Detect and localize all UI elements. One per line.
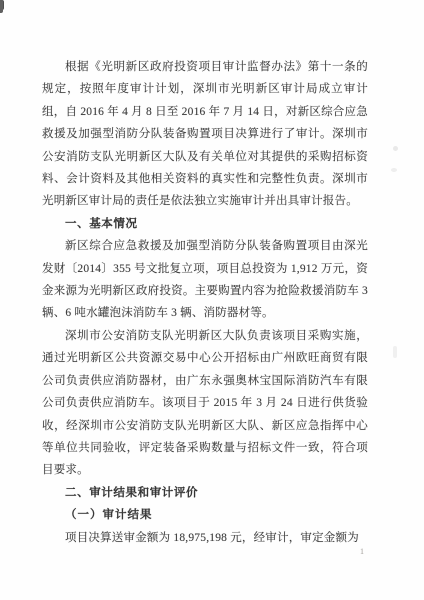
document-body: 根据《光明新区政府投资项目审计监督办法》第十一条的规定，按照年度审计计划，深圳市… [42, 56, 368, 549]
page-number: 1 [360, 547, 364, 557]
scan-speck [393, 346, 397, 358]
scan-speck [391, 168, 397, 172]
scan-speck [393, 146, 398, 151]
paragraph-audit-basis: 根据《光明新区政府投资项目审计监督办法》第十一条的规定，按照年度审计计划，深圳市… [42, 56, 368, 213]
scanned-document-page: 根据《光明新区政府投资项目审计监督办法》第十一条的规定，按照年度审计计划，深圳市… [0, 0, 424, 600]
section-heading-basic-info: 一、基本情况 [42, 213, 368, 235]
section-heading-audit-results: 二、审计结果和审计评价 [42, 482, 368, 504]
subsection-heading-audit-result: （一）审计结果 [42, 504, 368, 526]
paragraph-procurement-implementation: 深圳市公安消防支队光明新区大队负责该项目采购实施，通过光明新区公共资源交易中心公… [42, 325, 368, 482]
paragraph-settlement-amount: 项目决算送审金额为 18,975,198 元，经审计，审定金额为 [42, 527, 368, 549]
scan-artifact-left-edge [0, 0, 4, 10]
scan-artifact-left-edge [0, 0, 3, 13]
paragraph-project-approval: 新区综合应急救援及加强型消防分队装备购置项目由深光发财〔2014〕355 号文批… [42, 235, 368, 325]
